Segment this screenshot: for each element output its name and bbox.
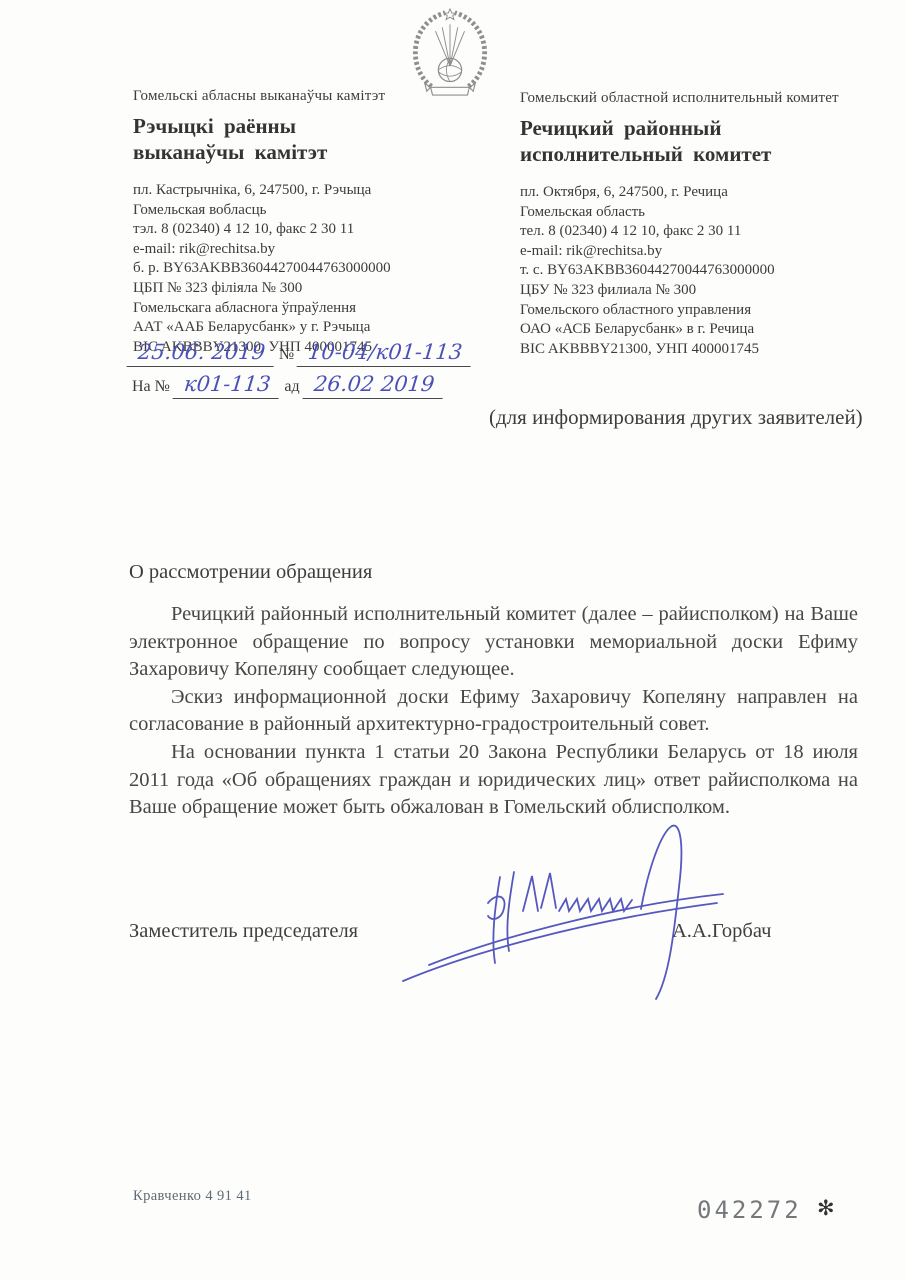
address-line: BIC AKBBBY21300, УНП 400001745 xyxy=(520,340,865,360)
outgoing-date-handwritten: 25.06. 2019 xyxy=(127,340,277,367)
addressee-note: (для информирования других заявителей) xyxy=(489,404,879,431)
address-line: пл. Кастрычніка, 6, 247500, г. Рэчыца xyxy=(133,181,478,201)
body-paragraph-3: На основании пункта 1 статьи 20 Закона Р… xyxy=(129,739,858,822)
address-line: e-mail: rik@rechitsa.by xyxy=(520,242,865,262)
org-block-belarusian: Гомельскі абласны выканаўчы камітэт Рэчы… xyxy=(133,88,478,357)
address-line: б. р. BY63AKBB36044270044763000000 xyxy=(133,259,478,279)
reference-row-outgoing: 25.06. 2019 № 10-04/к01-113 xyxy=(128,340,472,367)
number-sign-label: № xyxy=(275,346,298,367)
incoming-date-handwritten: 26.02 2019 xyxy=(302,372,445,399)
org-title-ru-line2: исполнительный комитет xyxy=(520,141,865,167)
asterisk-mark-icon: ✻ xyxy=(817,1196,835,1220)
org-address-ru: пл. Октября, 6, 247500, г. Речица Гомель… xyxy=(520,183,865,359)
address-line: ААТ «ААБ Беларусбанк» у г. Рэчыца xyxy=(133,318,478,338)
signer-position: Заместитель председателя xyxy=(129,920,358,943)
incoming-number-handwritten: к01-113 xyxy=(173,372,282,399)
from-date-label: ад xyxy=(280,378,303,399)
org-title-ru: Речицкий районный исполнительный комитет xyxy=(520,115,865,167)
reference-row-incoming: На № к01-113 ад 26.02 2019 xyxy=(128,372,444,399)
address-line: ЦБУ № 323 филиала № 300 xyxy=(520,281,865,301)
org-title-by-line2: выканаўчы камітэт xyxy=(133,139,478,165)
registration-stamp-number: 042272 xyxy=(697,1196,802,1224)
signature-icon xyxy=(385,815,733,1015)
address-line: Гомельская вобласць xyxy=(133,201,478,221)
parent-org-name-ru: Гомельский областной исполнительный коми… xyxy=(520,90,865,107)
org-title-ru-line1: Речицкий районный xyxy=(520,115,865,141)
address-line: Гомельского областного управления xyxy=(520,301,865,321)
body-paragraph-2: Эскиз информационной доски Ефиму Захаров… xyxy=(129,684,858,739)
body-paragraph-1: Речицкий районный исполнительный комитет… xyxy=(129,601,858,684)
org-address-by: пл. Кастрычніка, 6, 247500, г. Рэчыца Го… xyxy=(133,181,478,357)
address-line: т. с. BY63AKBB36044270044763000000 xyxy=(520,261,865,281)
executor-contact: Кравченко 4 91 41 xyxy=(133,1188,252,1205)
belarus-emblem-icon xyxy=(401,6,499,98)
parent-org-name-by: Гомельскі абласны выканаўчы камітэт xyxy=(133,88,478,105)
org-title-by: Рэчыцкі раённы выканаўчы камітэт xyxy=(133,113,478,165)
address-line: Гомельскага абласнога ўпраўлення xyxy=(133,299,478,319)
org-title-by-line1: Рэчыцкі раённы xyxy=(133,113,478,139)
address-line: ЦБП № 323 філіяла № 300 xyxy=(133,279,478,299)
address-line: тел. 8 (02340) 4 12 10, факс 2 30 11 xyxy=(520,222,865,242)
address-line: тэл. 8 (02340) 4 12 10, факс 2 30 11 xyxy=(133,220,478,240)
org-block-russian: Гомельский областной исполнительный коми… xyxy=(520,90,865,359)
reply-to-label: На № xyxy=(128,378,174,399)
subject-line: О рассмотрении обращения xyxy=(129,561,372,584)
outgoing-number-handwritten: 10-04/к01-113 xyxy=(297,340,474,367)
address-line: e-mail: rik@rechitsa.by xyxy=(133,240,478,260)
scanned-letter-page: Гомельскі абласны выканаўчы камітэт Рэчы… xyxy=(0,0,905,1280)
signer-name: А.А.Горбач xyxy=(672,920,771,943)
address-line: пл. Октября, 6, 247500, г. Речица xyxy=(520,183,865,203)
letter-body: Речицкий районный исполнительный комитет… xyxy=(129,601,858,822)
address-line: ОАО «АСБ Беларусбанк» в г. Речица xyxy=(520,320,865,340)
address-line: Гомельская область xyxy=(520,203,865,223)
